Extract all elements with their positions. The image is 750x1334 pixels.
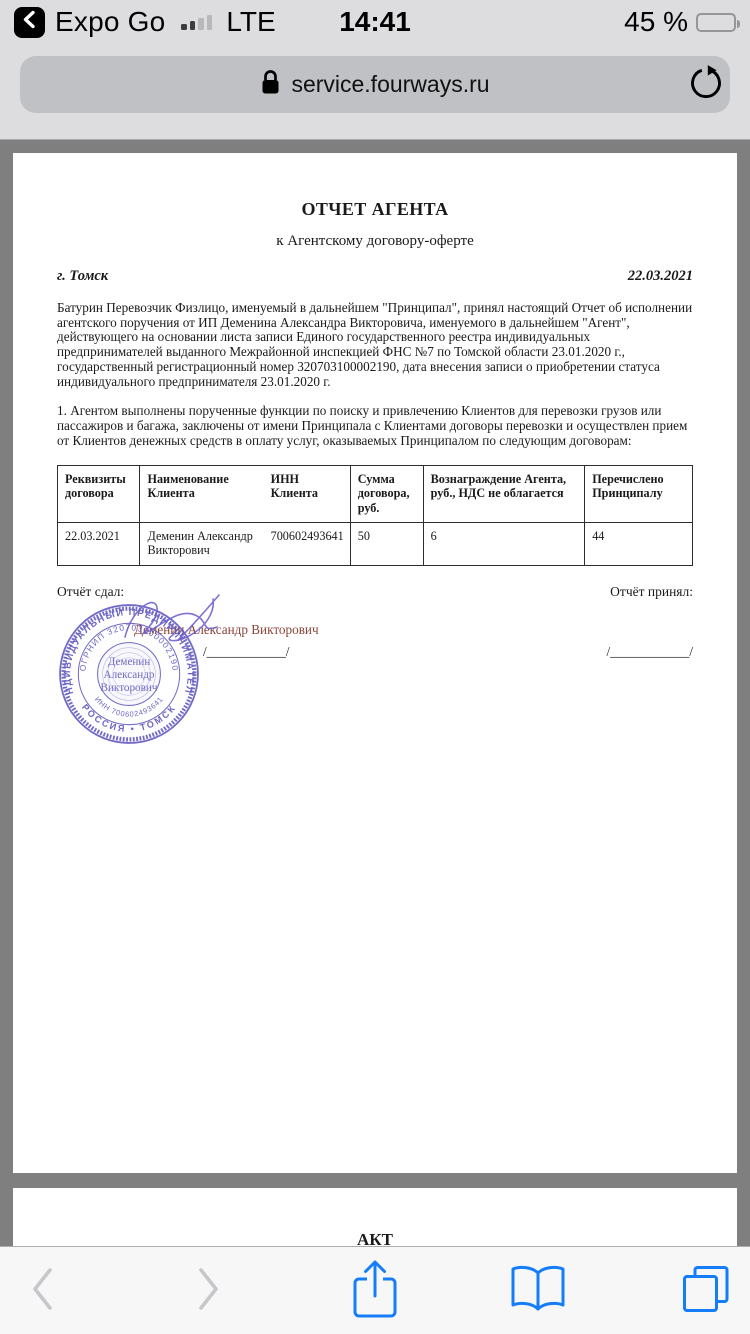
table-header-row: Реквизиты договора Наименование Клиента … <box>58 465 693 522</box>
report-received-label: Отчёт принял: <box>610 584 693 599</box>
back-to-app-button[interactable] <box>14 7 45 38</box>
share-icon <box>352 1258 398 1325</box>
tabs-overlapping-squares-icon <box>681 1264 731 1319</box>
document-city: г. Томск <box>57 268 108 284</box>
document-title: ОТЧЕТ АГЕНТА <box>57 199 693 219</box>
tabs-button[interactable] <box>676 1247 736 1334</box>
document-date: 22.03.2021 <box>628 268 693 284</box>
address-bar-row: service.fourways.ru <box>0 44 750 140</box>
lock-icon <box>260 68 281 101</box>
address-bar[interactable]: service.fourways.ru <box>20 56 730 113</box>
cell-contract-sum: 50 <box>350 522 423 565</box>
cell-contract-details: 22.03.2021 <box>58 522 140 565</box>
stamp-center-line-3: Викторович <box>101 682 158 694</box>
reload-icon <box>688 64 724 105</box>
cell-transferred: 44 <box>585 522 693 565</box>
forward-chevron-icon <box>195 1266 222 1317</box>
header-client-name: Наименование Клиента <box>140 465 264 522</box>
status-bar: Expo Go LTE 14:41 45 % <box>0 0 750 44</box>
header-agent-fee: Вознаграждение Агента, руб., НДС не обла… <box>423 465 585 522</box>
stamp-center-line-1: Деменин <box>108 656 151 668</box>
chevron-left-icon <box>21 10 38 34</box>
table-row: 22.03.2021 Деменин Александр Викторович … <box>58 522 693 565</box>
cell-agent-fee: 6 <box>423 522 585 565</box>
contracts-table: Реквизиты договора Наименование Клиента … <box>57 465 693 566</box>
bookmarks-button[interactable] <box>506 1247 570 1334</box>
reload-button[interactable] <box>680 58 732 110</box>
forward-button[interactable] <box>180 1247 236 1334</box>
browser-toolbar <box>0 1246 750 1334</box>
document-paragraph-1: Батурин Перевозчик Физлицо, именуемый в … <box>57 301 693 390</box>
stamp-center-line-2: Александр <box>104 669 155 681</box>
url-text: service.fourways.ru <box>291 71 489 98</box>
battery-icon <box>696 13 736 32</box>
header-client-inn: ИНН Клиента <box>264 465 351 522</box>
document-paragraph-2: 1. Агентом выполнены порученные функции … <box>57 404 693 449</box>
clock-label: 14:41 <box>339 6 411 38</box>
handwritten-signature <box>115 589 275 651</box>
back-chevron-icon <box>29 1266 56 1317</box>
cell-client-name: Деменин Александр Викторович <box>140 522 264 565</box>
share-button[interactable] <box>347 1247 403 1334</box>
browser-chrome: Expo Go LTE 14:41 45 % service.fourways.… <box>0 0 750 140</box>
header-transferred: Перечислено Принципалу <box>585 465 693 522</box>
header-contract-sum: Сумма договора, руб. <box>350 465 423 522</box>
back-to-app-label[interactable]: Expo Go <box>55 6 165 38</box>
signature-line-right: /____________/ <box>607 645 693 660</box>
open-book-icon <box>509 1264 567 1319</box>
cellular-signal-icon <box>181 15 212 30</box>
document-page-1: ОТЧЕТ АГЕНТА к Агентскому договору-оферт… <box>13 153 737 1173</box>
document-subtitle: к Агентскому договору-оферте <box>57 233 693 250</box>
cell-client-inn: 700602493641 <box>264 522 351 565</box>
battery-percent-label: 45 % <box>624 6 688 38</box>
back-button[interactable] <box>14 1247 70 1334</box>
network-type-label: LTE <box>226 6 275 38</box>
header-contract-details: Реквизиты договора <box>58 465 140 522</box>
